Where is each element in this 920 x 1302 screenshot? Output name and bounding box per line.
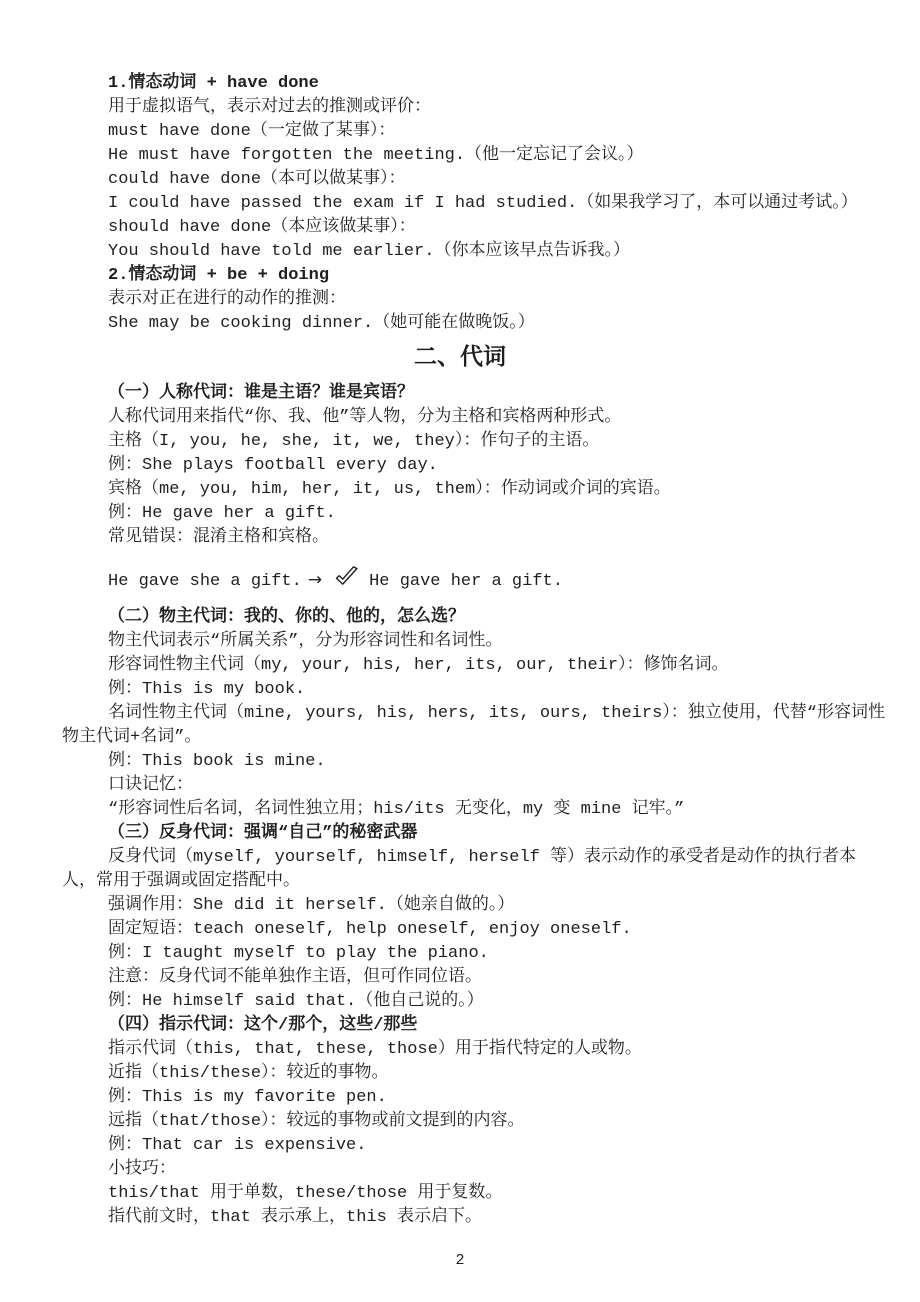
incorrect-sentence: He gave she a gift.: [108, 572, 302, 591]
subject-case-rule: 主格（I, you, he, she, it, we, they）：作句子的主语…: [62, 430, 858, 454]
far-reference-example: 例：That car is expensive.: [62, 1134, 858, 1158]
far-reference-rule: 远指（that/those）：较远的事物或前文提到的内容。: [62, 1110, 858, 1134]
tip-reference-text: 指代前文时，that 表示承上，this 表示启下。: [62, 1206, 858, 1230]
section-demonstrative-pronouns: （四）指示代词：这个/那个，这些/那些 指示代词（this, that, the…: [62, 1014, 858, 1230]
modal-have-done-heading: 1.情态动词 + have done: [62, 72, 858, 96]
personal-intro-text: 人称代词用来指代“你、我、他”等人物，分为主格和宾格两种形式。: [62, 406, 858, 430]
noun-possessive-rule-line2: 物主代词+名词”。: [62, 726, 858, 750]
emphasis-usage-text: 强调作用：She did it herself.（她亲自做的。）: [62, 894, 858, 918]
demonstrative-intro-text: 指示代词（this, that, these, those）用于指代特定的人或物…: [62, 1038, 858, 1062]
page-number: 2: [62, 1252, 858, 1270]
section-reflexive-pronouns: （三）反身代词：强调“自己”的秘密武器 反身代词（myself, yoursel…: [62, 822, 858, 1014]
must-have-done-rule: must have done（一定做了某事）：: [62, 120, 858, 144]
tips-label: 小技巧：: [62, 1158, 858, 1182]
modal-be-doing-text: 表示对正在进行的动作的推测：: [62, 288, 858, 312]
mnemonic-text: “形容词性后名词，名词性独立用；his/its 无变化，my 变 mine 记牢…: [62, 798, 858, 822]
section-possessive-pronouns: （二）物主代词：我的、你的、他的，怎么选？ 物主代词表示“所属关系”，分为形容词…: [62, 606, 858, 822]
common-error-text: 常见错误：混淆主格和宾格。: [62, 526, 858, 550]
object-case-rule: 宾格（me, you, him, her, it, us, them）：作动词或…: [62, 478, 858, 502]
reflexive-intro-line2: 人，常用于强调或固定搭配中。: [62, 870, 858, 894]
near-reference-example: 例：This is my favorite pen.: [62, 1086, 858, 1110]
section-personal-pronouns: （一）人称代词：谁是主语？谁是宾语？ 人称代词用来指代“你、我、他”等人物，分为…: [62, 382, 858, 590]
demonstrative-pronouns-heading: （四）指示代词：这个/那个，这些/那些: [62, 1014, 858, 1038]
correct-sentence: He gave her a gift.: [369, 572, 563, 591]
noun-possessive-example: 例：This book is mine.: [62, 750, 858, 774]
arrow-right-icon: →: [308, 568, 322, 592]
document-page: 1.情态动词 + have done 用于虚拟语气，表示对过去的推测或评价： m…: [0, 0, 920, 1302]
reflexive-pronouns-heading: （三）反身代词：强调“自己”的秘密武器: [62, 822, 858, 846]
near-reference-rule: 近指（this/these）：较近的事物。: [62, 1062, 858, 1086]
tip-singular-plural: this/that 用于单数，these/those 用于复数。: [62, 1182, 858, 1206]
himself-example: 例：He himself said that.（他自己说的。）: [62, 990, 858, 1014]
could-have-done-example: I could have passed the exam if I had st…: [62, 192, 858, 216]
fixed-phrases-text: 固定短语：teach oneself, help oneself, enjoy …: [62, 918, 858, 942]
possessive-intro-text: 物主代词表示“所属关系”，分为形容词性和名词性。: [62, 630, 858, 654]
modal-usage-text: 用于虚拟语气，表示对过去的推测或评价：: [62, 96, 858, 120]
mnemonic-label: 口诀记忆：: [62, 774, 858, 798]
should-have-done-rule: should have done（本应该做某事）：: [62, 216, 858, 240]
adjective-possessive-rule: 形容词性物主代词（my, your, his, her, its, our, t…: [62, 654, 858, 678]
modal-be-doing-example: She may be cooking dinner.（她可能在做晚饭。）: [62, 312, 858, 336]
must-have-done-example: He must have forgotten the meeting.（他一定忘…: [62, 144, 858, 168]
object-case-example: 例：He gave her a gift.: [62, 502, 858, 526]
reflexive-note-text: 注意：反身代词不能单独作主语，但可作同位语。: [62, 966, 858, 990]
adjective-possessive-example: 例：This is my book.: [62, 678, 858, 702]
noun-possessive-rule-line1: 名词性物主代词（mine, yours, his, hers, its, our…: [62, 702, 858, 726]
chapter-title: 二、代词: [62, 342, 858, 374]
reflexive-example: 例：I taught myself to play the piano.: [62, 942, 858, 966]
personal-pronouns-heading: （一）人称代词：谁是主语？谁是宾语？: [62, 382, 858, 406]
possessive-pronouns-heading: （二）物主代词：我的、你的、他的，怎么选？: [62, 606, 858, 630]
check-icon: [334, 566, 359, 597]
section-modal-verbs: 1.情态动词 + have done 用于虚拟语气，表示对过去的推测或评价： m…: [62, 72, 858, 336]
modal-be-doing-heading: 2.情态动词 + be + doing: [62, 264, 858, 288]
could-have-done-rule: could have done（本可以做某事）：: [62, 168, 858, 192]
correction-line: He gave she a gift.→He gave her a gift.: [62, 566, 858, 590]
reflexive-intro-line1: 反身代词（myself, yourself, himself, herself …: [62, 846, 858, 870]
should-have-done-example: You should have told me earlier.（你本应该早点告…: [62, 240, 858, 264]
subject-case-example: 例：She plays football every day.: [62, 454, 858, 478]
